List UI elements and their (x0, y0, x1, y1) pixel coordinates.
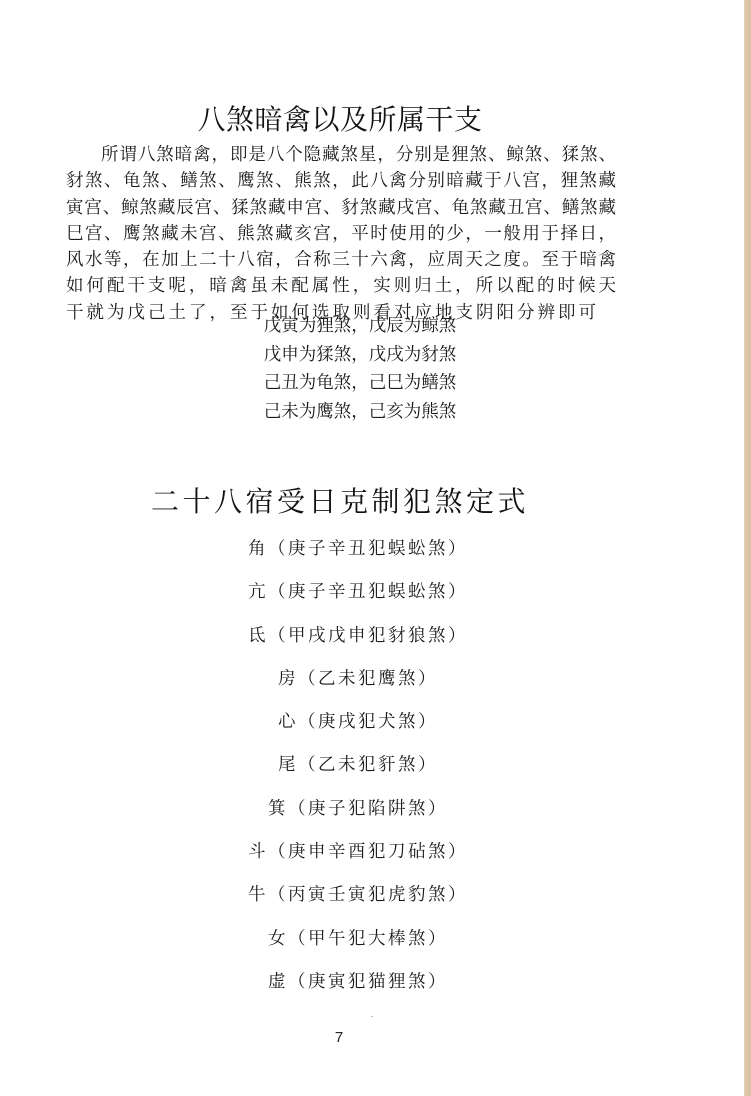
stray-mark (371, 1016, 373, 1017)
mansion-item: 心（庚戌犯犬煞） (0, 708, 716, 751)
mansion-item: 尾（乙未犯豻煞） (0, 751, 716, 794)
document-page: 八煞暗禽以及所属干支 所谓八煞暗禽，即是八个隐藏煞星，分别是狸煞、鲸煞、猱煞、 … (0, 0, 744, 1096)
mansion-item: 氐（甲戌戊申犯豺狼煞） (0, 622, 716, 665)
mansion-item: 房（乙未犯鹰煞） (0, 665, 716, 708)
paragraph-line: 风水等，在加上二十八宿，合称三十六禽，应周天之度。至于暗禽 (66, 247, 616, 273)
page-edge-strip (744, 0, 751, 1096)
mansion-item: 牛（丙寅壬寅犯虎豹煞） (0, 881, 716, 924)
mansion-item: 箕（庚子犯陷阱煞） (0, 795, 716, 838)
mansion-item: 虚（庚寅犯猫狸煞） (0, 968, 716, 1011)
paragraph-line: 巳宫、鹰煞藏未宫、熊煞藏亥宫，平时使用的少，一般用于择日， (66, 221, 616, 247)
paragraph-line: 寅宫、鲸煞藏辰宫、猱煞藏申宫、豺煞藏戌宫、龟煞藏丑宫、鳝煞藏 (66, 195, 616, 221)
mansion-item: 角（庚子辛丑犯蜈蚣煞） (0, 535, 716, 578)
pair-item: 己丑为龟煞，己巳为鳝煞 (0, 369, 720, 398)
mansions-list: 角（庚子辛丑犯蜈蚣煞） 亢（庚子辛丑犯蜈蚣煞） 氐（甲戌戊申犯豺狼煞） 房（乙未… (0, 535, 716, 1011)
paragraph-line: 如何配干支呢，暗禽虽未配属性，实则归土，所以配的时候天 (66, 273, 616, 299)
pair-item: 戊寅为狸煞，戊辰为鲸煞 (0, 312, 720, 341)
page-number: 7 (331, 1029, 347, 1046)
paragraph-line: 豺煞、龟煞、鳝煞、鹰煞、熊煞，此八禽分别暗藏于八宫，狸煞藏 (66, 168, 616, 194)
intro-paragraph: 所谓八煞暗禽，即是八个隐藏煞星，分别是狸煞、鲸煞、猱煞、 豺煞、龟煞、鳝煞、鹰煞… (66, 142, 626, 326)
pair-item: 己未为鹰煞，己亥为熊煞 (0, 398, 720, 427)
pair-item: 戊申为猱煞，戊戌为豺煞 (0, 341, 720, 370)
paragraph-line: 所谓八煞暗禽，即是八个隐藏煞星，分别是狸煞、鲸煞、猱煞、 (66, 142, 616, 168)
section-title-eight-hidden-fiends: 八煞暗禽以及所属干支 (0, 98, 680, 138)
mansion-item: 斗（庚申辛酉犯刀砧煞） (0, 838, 716, 881)
section-title-28-mansions: 二十八宿受日克制犯煞定式 (0, 480, 680, 520)
mansion-item: 亢（庚子辛丑犯蜈蚣煞） (0, 578, 716, 621)
stem-branch-pairs-list: 戊寅为狸煞，戊辰为鲸煞 戊申为猱煞，戊戌为豺煞 己丑为龟煞，己巳为鳝煞 己未为鹰… (0, 312, 720, 426)
mansion-item: 女（甲午犯大棒煞） (0, 925, 716, 968)
